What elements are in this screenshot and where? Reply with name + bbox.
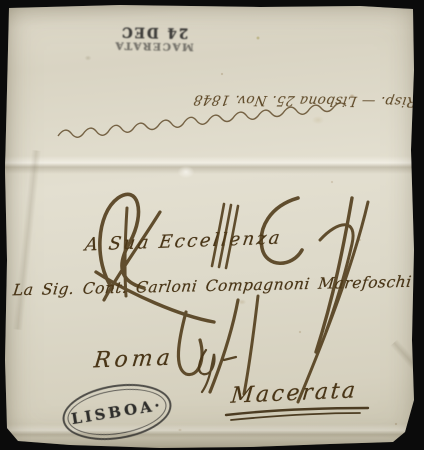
- lisboa-handstamp: LISBOA·: [58, 377, 175, 448]
- foxing-spots: [0, 0, 424, 450]
- lisboa-handstamp-text: LISBOA·: [70, 396, 164, 428]
- address-recipient: La Sig. Cont. Carloni Compagnoni Marefos…: [12, 273, 413, 299]
- macerata-underline: [226, 408, 368, 420]
- horizontal-fold-crease: [0, 156, 424, 174]
- letter-photo: MACERATA 24 DEC Risp. — Lisbona 25. Nov.…: [0, 0, 424, 450]
- arrival-postmark: MACERATA 24 DEC: [112, 15, 197, 60]
- lower-fold-crease: [0, 424, 424, 438]
- address-destination: Macerata: [230, 378, 359, 409]
- per-sign-icon: [199, 350, 236, 392]
- address-honorific: A Sua Eccellenza: [84, 228, 284, 256]
- left-crease: [13, 150, 42, 330]
- manuscript-marks: [0, 0, 424, 450]
- docket-line-1: Risp. — Lisbona 25. Nov. 1848: [148, 79, 421, 109]
- paper-edge-toning: [0, 0, 424, 450]
- address-via-city: Roma: [93, 346, 175, 374]
- postmark-town: MACERATA: [114, 39, 194, 52]
- letter-cover: MACERATA 24 DEC Risp. — Lisbona 25. Nov.…: [0, 0, 424, 450]
- postmark-date: 24 DEC: [120, 23, 189, 40]
- corner-crease: [390, 339, 424, 390]
